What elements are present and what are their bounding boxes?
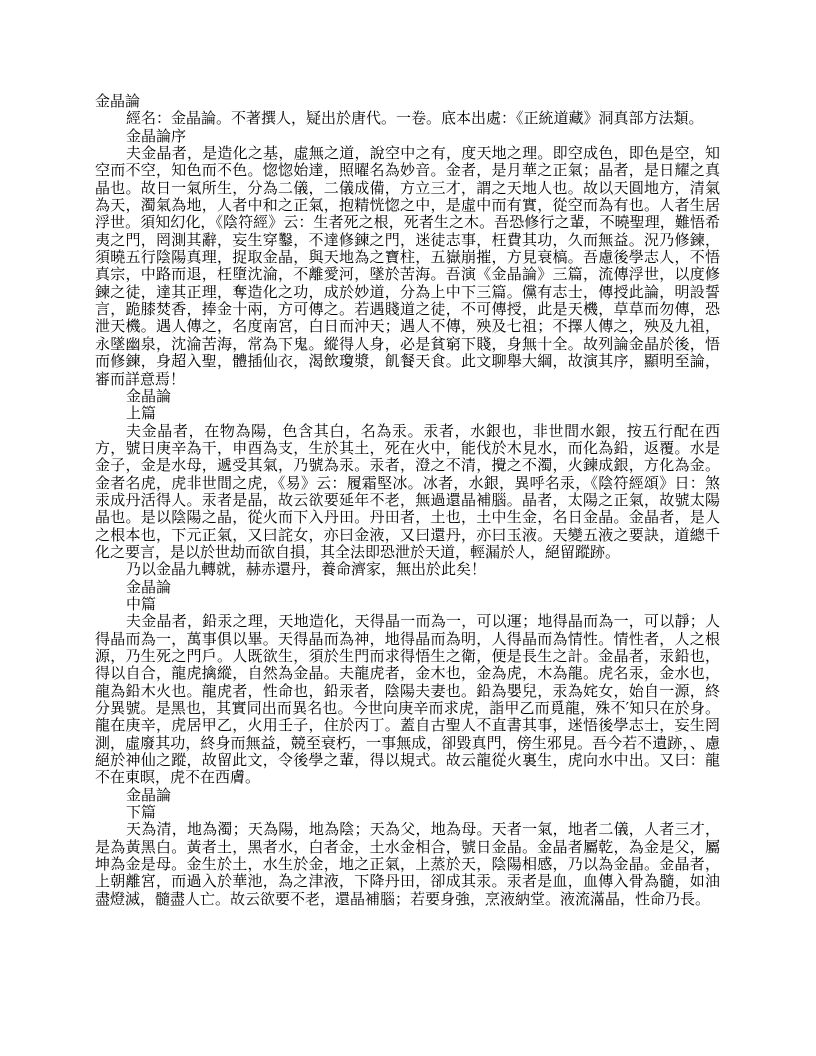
doc-title: 金晶論: [95, 93, 720, 110]
heading-title-repeat-2: 金晶論: [95, 579, 720, 596]
heading-upper-chapter: 上篇: [95, 405, 720, 422]
heading-lower-chapter: 下篇: [95, 804, 720, 821]
middle-chapter-paragraph: 夫金晶者，鉛汞之理，天地造化，天得晶一而為一，可以運；地得晶而為一，可以靜；人得…: [95, 613, 720, 786]
heading-preface: 金晶論序: [95, 128, 720, 145]
upper-chapter-paragraph: 夫金晶者，在物為陽，色含其白，名為汞。汞者，水銀也，非世間水銀，按五行配在西方，…: [95, 423, 720, 562]
lower-chapter-paragraph: 天為清，地為濁；天為陽，地為陰；天為父，地為母。天者一氣，地者二儀，人者三才，是…: [95, 821, 720, 908]
colophon-line: 經名：金晶論。不著撰人，疑出於唐代。一卷。底本出處：《正統道藏》洞真部方法類。: [95, 110, 720, 127]
heading-title-repeat-1: 金晶論: [95, 388, 720, 405]
preface-paragraph: 夫金晶者，是造化之基，虛無之道，說空中之有，度天地之理。即空成色，即色是空，知空…: [95, 145, 720, 388]
heading-title-repeat-3: 金晶論: [95, 787, 720, 804]
document-page: 金晶論 經名：金晶論。不著撰人，疑出於唐代。一卷。底本出處：《正統道藏》洞真部方…: [0, 0, 816, 1056]
upper-chapter-closing: 乃以金晶九轉就，赫赤還丹，養命濟家，無出於此矣！: [95, 561, 720, 578]
heading-middle-chapter: 中篇: [95, 596, 720, 613]
